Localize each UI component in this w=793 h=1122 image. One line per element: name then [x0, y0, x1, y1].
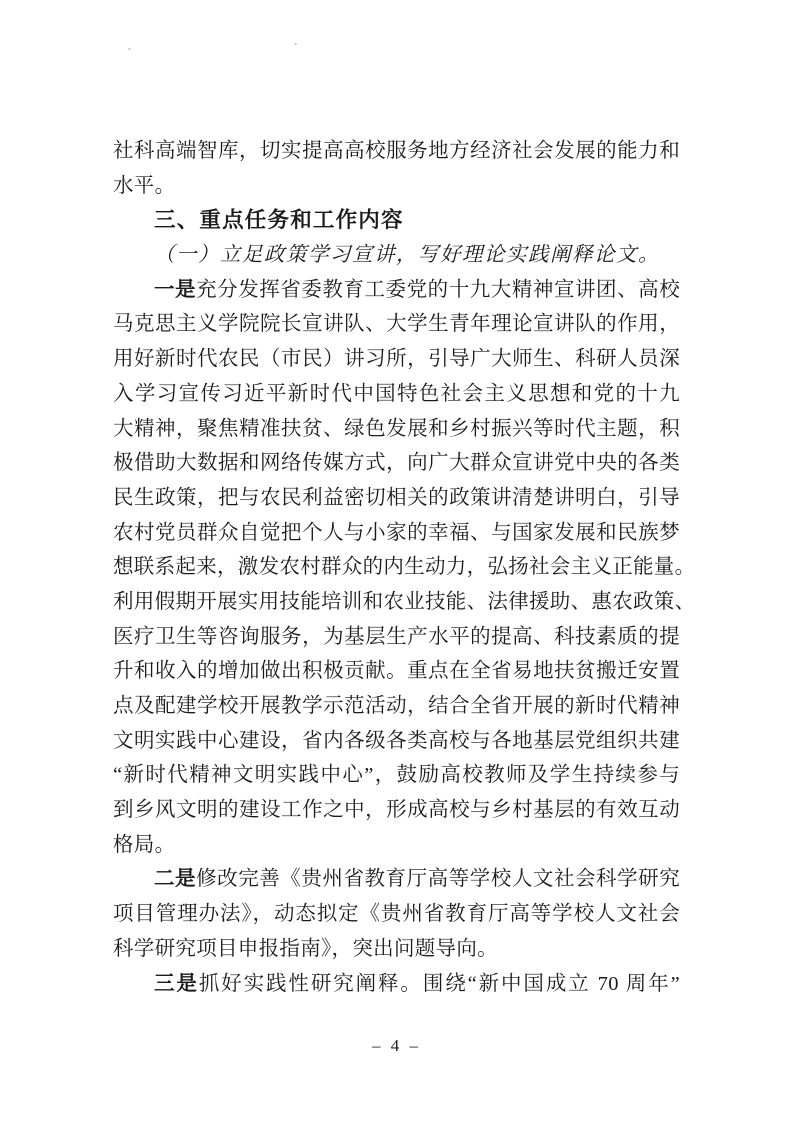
document-page: 社科高端智库，切实提高高校服务地方经济社会发展的能力和水平。 三、重点任务和工作… [0, 0, 793, 1122]
text-line: 想联系起来，激发农村群众的内生动力，弘扬社会主义正能量。 [113, 550, 680, 585]
paragraph-lead: 一是 [154, 278, 196, 301]
text-line: 入学习宣传习近平新时代中国特色社会主义思想和党的十九 [113, 377, 680, 412]
sub-heading: （一）立足政策学习宣讲，写好理论实践阐释论文。 [113, 238, 680, 273]
text-line: 到乡风文明的建设工作之中，形成高校与乡村基层的有效互动 [113, 793, 680, 828]
text-line: 用好新时代农民（市民）讲习所，引导广大师生、科研人员深 [113, 342, 680, 377]
paragraph-one: 一是充分发挥省委教育工委党的十九大精神宣讲团、高校 马克思主义学院院长宣讲队、大… [113, 273, 680, 863]
paragraph-two: 二是修改完善《贵州省教育厅高等学校人文社会科学研究 项目管理办法》，动态拟定《贵… [113, 862, 680, 966]
text-line: 利用假期开展实用技能培训和农业技能、法律援助、惠农政策、 [113, 585, 680, 620]
text-line: 社科高端智库，切实提高高校服务地方经济社会发展的能力和 [113, 134, 680, 169]
text-line: 格局。 [113, 828, 680, 863]
paragraph-lead: 二是 [154, 867, 196, 890]
text-line: 点及配建学校开展教学示范活动，结合全省开展的新时代精神 [113, 689, 680, 724]
text-line: 升和收入的增加做出积极贡献。重点在全省易地扶贫搬迁安置 [113, 654, 680, 689]
paragraph-first-line-text: 修改完善《贵州省教育厅高等学校人文社会科学研究 [196, 868, 680, 890]
scan-speck [294, 43, 297, 45]
paragraph-first-line: 二是修改完善《贵州省教育厅高等学校人文社会科学研究 [113, 862, 680, 897]
document-body: 社科高端智库，切实提高高校服务地方经济社会发展的能力和水平。 三、重点任务和工作… [113, 134, 680, 1001]
paragraph-continued: 社科高端智库，切实提高高校服务地方经济社会发展的能力和水平。 [113, 134, 680, 203]
paragraph-lead: 三是 [154, 972, 199, 995]
scan-speck [128, 48, 131, 50]
section-heading: 三、重点任务和工作内容 [113, 203, 680, 238]
text-line: 极借助大数据和网络传媒方式，向广大群众宣讲党中央的各类 [113, 446, 680, 481]
page-number-text: – 4 – [372, 1036, 421, 1055]
paragraph-first-line-text: 充分发挥省委教育工委党的十九大精神宣讲团、高校 [196, 279, 680, 301]
text-line: “新时代精神文明实践中心”，鼓励高校教师及学生持续参与 [113, 758, 680, 793]
text-line: 医疗卫生等咨询服务，为基层生产水平的提高、科技素质的提 [113, 620, 680, 655]
paragraph-first-line: 三是抓好实践性研究阐释。围绕“新中国成立 70 周年” [113, 967, 680, 1002]
text-line: 文明实践中心建设，省内各级各类高校与各地基层党组织共建 [113, 724, 680, 759]
text-line: 项目管理办法》，动态拟定《贵州省教育厅高等学校人文社会 [113, 897, 680, 932]
text-line: 农村党员群众自觉把个人与小家的幸福、与国家发展和民族梦 [113, 516, 680, 551]
sub-heading-text: （一）立足政策学习宣讲，写好理论实践阐释论文。 [154, 244, 660, 266]
paragraph-three: 三是抓好实践性研究阐释。围绕“新中国成立 70 周年” [113, 967, 680, 1002]
paragraph-lines: 项目管理办法》，动态拟定《贵州省教育厅高等学校人文社会科学研究项目申报指南》，突… [113, 897, 680, 966]
text-line: 科学研究项目申报指南》，突出问题导向。 [113, 932, 680, 967]
paragraph-first-line: 一是充分发挥省委教育工委党的十九大精神宣讲团、高校 [113, 273, 680, 308]
text-line: 民生政策，把与农民利益密切相关的政策讲清楚讲明白，引导 [113, 481, 680, 516]
section-heading-text: 三、重点任务和工作内容 [154, 208, 404, 232]
page-number: – 4 – [0, 1036, 793, 1056]
paragraph-first-line-text: 抓好实践性研究阐释。围绕“新中国成立 70 周年” [199, 973, 680, 995]
text-line: 马克思主义学院院长宣讲队、大学生青年理论宣讲队的作用， [113, 307, 680, 342]
text-line: 水平。 [113, 169, 680, 204]
paragraph-lines: 马克思主义学院院长宣讲队、大学生青年理论宣讲队的作用，用好新时代农民（市民）讲习… [113, 307, 680, 862]
text-line: 大精神，聚焦精准扶贫、绿色发展和乡村振兴等时代主题，积 [113, 412, 680, 447]
